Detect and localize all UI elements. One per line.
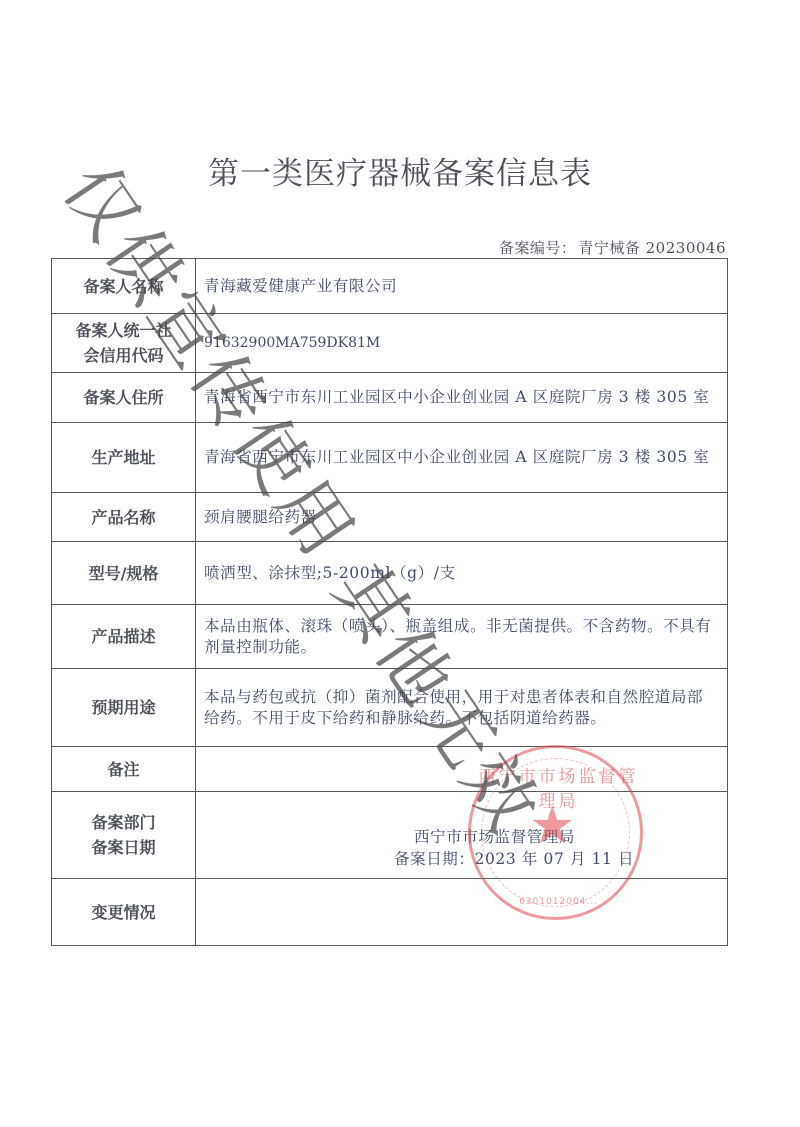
official-seal: 西宁市市场监督管理局 ★ 6301012004... [468, 745, 643, 920]
row-value-filer-address: 青海省西宁市东川工业园区中小企业创业园 A 区庭院厂房 3 楼 305 室 [196, 373, 728, 423]
row-value-credit-code: 91632900MA759DK81M [196, 314, 728, 373]
row-value-change-history [196, 879, 728, 946]
row-value-remarks [196, 747, 728, 792]
row-label-credit-code: 备案人统一社 会信用代码 [52, 314, 196, 373]
seal-code: 6301012004... [471, 897, 646, 907]
row-label-filer-name: 备案人名称 [52, 259, 196, 314]
row-value-intended-use: 本品与药包或抗（抑）菌剂配合使用，用于对患者体表和自然腔道局部给药。不用于皮下给… [196, 669, 728, 747]
row-label-production-address: 生产地址 [52, 423, 196, 493]
table-row: 备案人住所 青海省西宁市东川工业园区中小企业创业园 A 区庭院厂房 3 楼 30… [52, 373, 728, 423]
table-row: 备案人统一社 会信用代码 91632900MA759DK81M [52, 314, 728, 373]
row-value-filing-dept-date: 西宁市市场监督管理局 备案日期：2023 年 07 月 11 日 [196, 792, 728, 879]
row-value-filer-name: 青海藏爱健康产业有限公司 [196, 259, 728, 314]
table-row: 备案人名称 青海藏爱健康产业有限公司 [52, 259, 728, 314]
filing-number-label: 备案编号： [499, 239, 577, 257]
row-label-filing-dept-date: 备案部门 备案日期 [52, 792, 196, 879]
document-title: 第一类医疗器械备案信息表 [0, 148, 800, 193]
row-label-change-history: 变更情况 [52, 879, 196, 946]
table-row: 生产地址 青海省西宁市东川工业园区中小企业创业园 A 区庭院厂房 3 楼 305… [52, 423, 728, 493]
table-row: 产品描述 本品由瓶体、滚珠（喷头）、瓶盖组成。非无菌提供。不含药物。不具有剂量控… [52, 605, 728, 669]
row-label-filer-address: 备案人住所 [52, 373, 196, 423]
row-label-remarks: 备注 [52, 747, 196, 792]
row-value-product-description: 本品由瓶体、滚珠（喷头）、瓶盖组成。非无菌提供。不含药物。不具有剂量控制功能。 [196, 605, 728, 669]
table-row: 型号/规格 喷洒型、涂抹型;5-200ml（g）/支 [52, 542, 728, 605]
row-label-product-name: 产品名称 [52, 493, 196, 542]
row-label-product-description: 产品描述 [52, 605, 196, 669]
table-row: 变更情况 [52, 879, 728, 946]
row-value-product-name: 颈肩腰腿给药器 [196, 493, 728, 542]
row-label-model-spec: 型号/规格 [52, 542, 196, 605]
row-value-production-address: 青海省西宁市东川工业园区中小企业创业园 A 区庭院厂房 3 楼 305 室 [196, 423, 728, 493]
filing-number-value: 青宁械备 20230046 [578, 239, 726, 257]
star-icon: ★ [529, 796, 576, 856]
row-label-intended-use: 预期用途 [52, 669, 196, 747]
table-row: 预期用途 本品与药包或抗（抑）菌剂配合使用，用于对患者体表和自然腔道局部给药。不… [52, 669, 728, 747]
table-row: 产品名称 颈肩腰腿给药器 [52, 493, 728, 542]
filing-number: 备案编号：青宁械备 20230046 [499, 237, 726, 258]
row-value-model-spec: 喷洒型、涂抹型;5-200ml（g）/支 [196, 542, 728, 605]
